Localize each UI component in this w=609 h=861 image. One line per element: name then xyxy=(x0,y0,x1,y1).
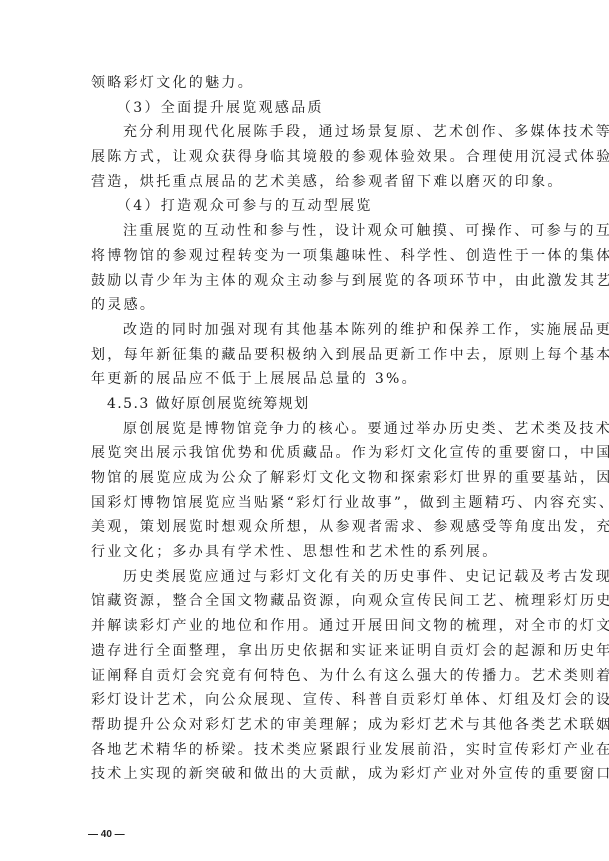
paragraph-line: 帮助提升公众对彩灯艺术的审美理解；成为彩灯艺术与其他各类艺术联姻、吸收 xyxy=(91,713,517,738)
paragraph-line: 馆藏资源，整合全国文物藏品资源，向观众宣传民间工艺、梳理彩灯历史及传统 xyxy=(91,589,517,614)
paragraph-line: 行业文化；多办具有学术性、思想性和艺术性的系列展。 xyxy=(91,540,517,565)
paragraph-line: 充分利用现代化展陈手段，通过场景复原、艺术创作、多媒体技术等丰富的 xyxy=(91,120,517,145)
paragraph-line: 遗存进行全面整理，拿出历史依据和实证来证明自贡灯会的起源和历史年代，论 xyxy=(91,639,517,664)
section-heading: 4.5.3 做好原创展览统筹规划 xyxy=(91,392,517,417)
page-number: — 40 — xyxy=(88,829,125,840)
paragraph-line: 彩灯设计艺术，向公众展现、宣传、科普自贡彩灯单体、灯组及灯会的设计美学， xyxy=(91,688,517,713)
paragraph-line: 年更新的展品应不低于上展展品总量的 3%。 xyxy=(91,367,517,392)
paragraph-line: 的灵感。 xyxy=(91,293,517,318)
paragraph-line: 技术上实现的新突破和做出的大贡献，成为彩灯产业对外宣传的重要窗口。 xyxy=(91,762,517,787)
paragraph-line: 各地艺术精华的桥梁。技术类应紧跟行业发展前沿，实时宣传彩灯产业在各方面 xyxy=(91,738,517,763)
paragraph-line: 划，每年新征集的藏品要积极纳入到展品更新工作中去，原则上每个基本陈列每 xyxy=(91,343,517,368)
paragraph-line: 营造，烘托重点展品的艺术美感，给参观者留下难以磨灭的印象。 xyxy=(91,170,517,195)
section-heading: （3）全面提升展览观感品质 xyxy=(91,96,517,121)
paragraph-line: 注重展览的互动性和参与性，设计观众可触摸、可操作、可参与的互动展项， xyxy=(91,219,517,244)
paragraph-line: 国彩灯博物馆展览应当贴紧“彩灯行业故事”，做到主题精巧、内容充实、设计 xyxy=(91,491,517,516)
paragraph-line: 原创展览是博物馆竞争力的核心。要通过举办历史类、艺术类及技术类原创 xyxy=(91,417,517,442)
paragraph-line: 改造的同时加强对现有其他基本陈列的维护和保养工作，实施展品更新计 xyxy=(91,318,517,343)
paragraph-line: 美观，策划展览时想观众所想，从参观者需求、参观感受等角度出发，充分展现 xyxy=(91,515,517,540)
paragraph-line: 展览突出展示我馆优势和优质藏品。作为彩灯文化宣传的重要窗口，中国彩灯博 xyxy=(91,441,517,466)
paragraph-line: 物馆的展览应成为公众了解彩灯文化文物和探索彩灯世界的重要基站，因此，中 xyxy=(91,466,517,491)
paragraph-line: 历史类展览应通过与彩灯文化有关的历史事件、史记记载及考古发现，立足 xyxy=(91,565,517,590)
paragraph-line: 展陈方式，让观众获得身临其境般的参观体验效果。合理使用沉浸式体验空间的 xyxy=(91,145,517,170)
paragraph-line: 证阐释自贡灯会究竟有何特色、为什么有这么强大的传播力。艺术类则着重梳理 xyxy=(91,664,517,689)
paragraph-line: 并解读彩灯产业的地位和作用。通过开展田间文物的梳理，对全市的灯文化历史 xyxy=(91,614,517,639)
paragraph-line: 将博物馆的参观过程转变为一项集趣味性、科学性、创造性于一体的集体活动。 xyxy=(91,244,517,269)
document-body: 领略彩灯文化的魅力。 （3）全面提升展览观感品质 充分利用现代化展陈手段，通过场… xyxy=(91,71,517,787)
paragraph-line: 鼓励以青少年为主体的观众主动参与到展览的各项环节中，由此激发其艺术创造 xyxy=(91,269,517,294)
section-heading: （4）打造观众可参与的互动型展览 xyxy=(91,194,517,219)
paragraph-line: 领略彩灯文化的魅力。 xyxy=(91,71,517,96)
